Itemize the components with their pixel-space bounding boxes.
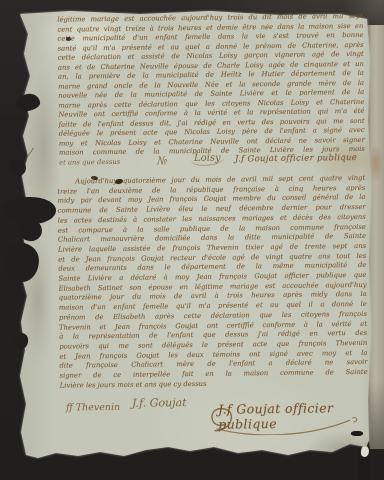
manuscript-photo: légitime mariage est accouchée aujourd'h… (0, 0, 384, 480)
handwriting-layer: légitime mariage est accouchée aujourd'h… (0, 0, 384, 480)
signature-thevenin: ff Thevenin (66, 402, 120, 414)
signature-officer-mid: J.f Goujat officier publique (235, 153, 357, 164)
notary-paraph: № (157, 154, 168, 167)
act-1-signature-row: et ans que dessus № Loisy J.f Goujat off… (59, 152, 365, 174)
signature-officer-footer: J.f Goujat officier publique (218, 400, 368, 432)
ink-blot (66, 37, 71, 41)
act-1-closing-words: et ans que dessus (59, 158, 120, 167)
act-1-text: légitime mariage est accouchée aujourd'h… (57, 12, 365, 158)
signature-goujat: J.f. Goujat (132, 396, 187, 410)
edge-ink-mark (351, 431, 363, 436)
footer-signature-row: ff Thevenin J.f. Goujat J.f Goujat offic… (66, 392, 369, 440)
act-2-text: Aujourd'huy quatorzième jour du mois de … (57, 174, 368, 391)
signature-loisy: Loisy (191, 153, 224, 166)
margin-pen-stroke (27, 148, 34, 158)
